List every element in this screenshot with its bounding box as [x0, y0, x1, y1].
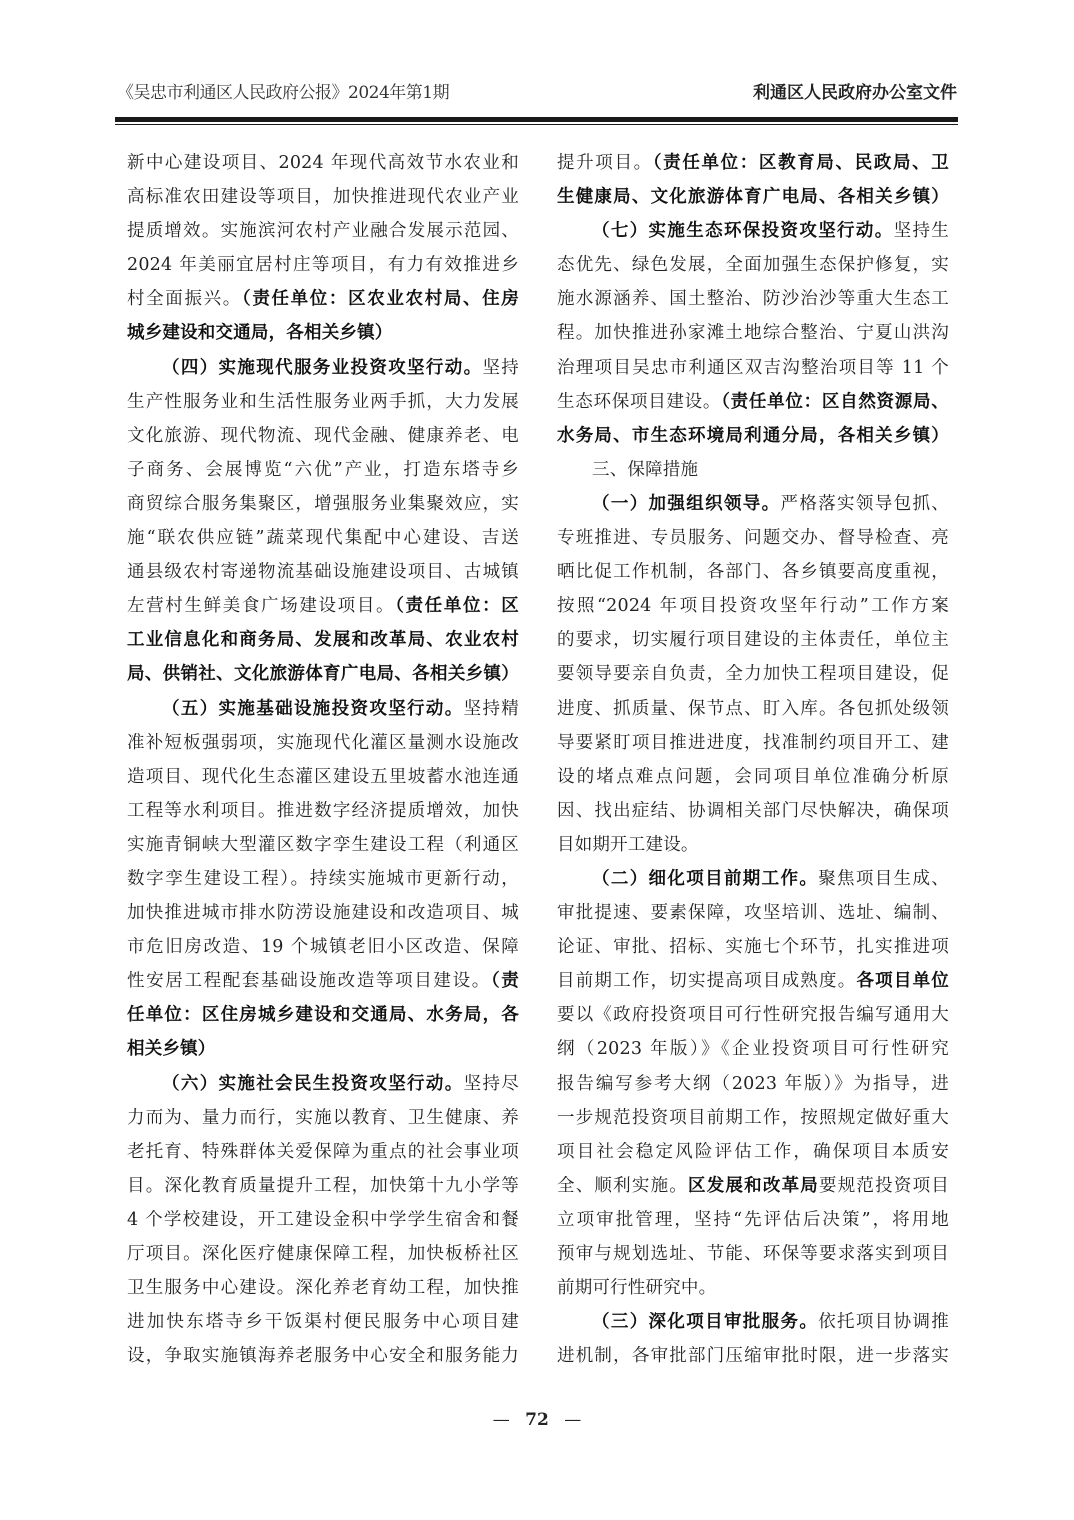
text-line: 文化旅游、现代物流、现代金融、健康养老、电	[127, 419, 519, 453]
text-line: （五）实施基础设施投资攻坚行动。坚持精	[127, 692, 519, 726]
body-text: 全、顺利实施。	[557, 1176, 688, 1196]
bold-text: （责任单位：区教育局、民政局、卫	[653, 153, 949, 173]
text-line: 程。加快推进孙家滩土地综合整治、宁夏山洪沟	[557, 316, 949, 350]
text-line: （三）深化项目审批服务。依托项目协调推	[557, 1305, 949, 1339]
text-line: 目如期开工建设。	[557, 828, 949, 862]
text-line: 预审与规划选址、节能、环保等要求落实到项目	[557, 1237, 949, 1271]
text-line: 目前期工作，切实提高项目成熟度。各项目单位	[557, 964, 949, 998]
body-text: 村全面振兴。	[127, 289, 242, 309]
text-line: 立项审批管理，坚持“先评估后决策”，将用地	[557, 1203, 949, 1237]
body-text: 程。加快推进孙家滩土地综合整治、宁夏山洪沟	[557, 323, 949, 343]
text-line: 力而为、量力而行，实施以教育、卫生健康、养	[127, 1101, 519, 1135]
text-line: 生健康局、文化旅游体育广电局、各相关乡镇）	[557, 180, 949, 214]
body-text: 论证、审批、招标、实施七个环节，扎实推进项	[557, 937, 949, 957]
body-text: 立项审批管理，坚持“先评估后决策”，将用地	[557, 1210, 949, 1230]
text-line: 造项目、现代化生态灌区建设五里坡蓄水池连通	[127, 760, 519, 794]
body-text: 进加快东塔寺乡干饭渠村便民服务中心项目建	[127, 1312, 519, 1332]
text-line: 设，争取实施镇海养老服务中心安全和服务能力	[127, 1339, 519, 1373]
text-line: 专班推进、专员服务、问题交办、督导检查、亮	[557, 521, 949, 555]
text-line: 商贸综合服务集聚区，增强服务业集聚效应，实	[127, 487, 519, 521]
body-text: 坚持生	[894, 221, 949, 241]
document-source: 利通区人民政府办公室文件	[753, 78, 957, 103]
text-line: 晒比促工作机制，各部门、各乡镇要高度重视，	[557, 555, 949, 589]
body-text: 老托育、特殊群体关爱保障为重点的社会事业项	[127, 1142, 519, 1162]
body-text: 子商务、会展博览“六优”产业，打造东塔寺乡	[127, 460, 519, 480]
text-line: 子商务、会展博览“六优”产业，打造东塔寺乡	[127, 453, 519, 487]
text-line: 进加快东塔寺乡干饭渠村便民服务中心项目建	[127, 1305, 519, 1339]
header-rule-thick	[115, 117, 958, 122]
text-line: 进度、抓质量、保节点、盯入库。各包抓处级领	[557, 692, 949, 726]
running-header: 《吴忠市利通区人民政府公报》2024年第1期 利通区人民政府办公室文件	[117, 78, 957, 108]
bold-text: （六）实施社会民生投资攻坚行动。	[162, 1074, 464, 1094]
body-text: 纲（2023 年版）》《企业投资项目可行性研究	[557, 1039, 949, 1059]
text-line: 水务局、市生态环境局利通分局，各相关乡镇）	[557, 419, 949, 453]
bold-text: （责任单位：区农业农村局、住房	[242, 289, 519, 309]
body-text: 要规范投资项目	[819, 1176, 949, 1196]
bold-text: （责	[491, 971, 519, 991]
text-line: 加快推进城市排水防涝设施建设和改造项目、城	[127, 896, 519, 930]
text-line: 治理项目吴忠市利通区双吉沟整治项目等 11 个	[557, 351, 949, 385]
text-line: 提升项目。（责任单位：区教育局、民政局、卫	[557, 146, 949, 180]
text-line: 因、找出症结、协调相关部门尽快解决，确保项	[557, 794, 949, 828]
body-text: 坚持精	[464, 699, 519, 719]
body-text: 项目社会稳定风险评估工作，确保项目本质安	[557, 1142, 949, 1162]
body-text: 三、保障措施	[592, 460, 698, 480]
body-text: 目如期开工建设。	[557, 835, 699, 855]
text-line: 论证、审批、招标、实施七个环节，扎实推进项	[557, 930, 949, 964]
text-line: 高标准农田建设等项目，加快推进现代农业产业	[127, 180, 519, 214]
body-text: 实施青铜峡大型灌区数字孪生建设工程（利通区	[127, 835, 519, 855]
body-text: 高标准农田建设等项目，加快推进现代农业产业	[127, 187, 519, 207]
text-line: 生产性服务业和生活性服务业两手抓，大力发展	[127, 385, 519, 419]
body-text: 2024 年美丽宜居村庄等项目，有力有效推进乡	[127, 255, 519, 275]
bold-text: 城乡建设和交通局，各相关乡镇）	[127, 323, 393, 343]
body-text: 4 个学校建设，开工建设金积中学学生宿舍和餐	[127, 1210, 519, 1230]
text-line: 设的堵点难点问题，会同项目单位准确分析原	[557, 760, 949, 794]
body-text: 依托项目协调推	[818, 1312, 949, 1332]
body-text: 新中心建设项目、2024 年现代高效节水农业和	[127, 153, 519, 173]
body-text: 聚焦项目生成、	[818, 869, 949, 889]
page-number: 72	[515, 1410, 559, 1430]
text-line: 施“联农供应链”蔬菜现代集配中心建设、吉送	[127, 521, 519, 555]
body-text: 目前期工作，切实提高项目成熟度。	[557, 971, 856, 991]
body-text: 报告编写参考大纲（2023 年版）》为指导，进	[557, 1074, 949, 1094]
body-text: 治理项目吴忠市利通区双吉沟整治项目等 11 个	[557, 358, 949, 378]
body-text: 前期可行性研究中。	[557, 1278, 716, 1298]
body-text: 因、找出症结、协调相关部门尽快解决，确保项	[557, 801, 949, 821]
text-line: 卫生服务中心建设。深化养老育幼工程，加快推	[127, 1271, 519, 1305]
bold-text: 区发展和改革局	[688, 1176, 819, 1196]
body-text: 严格落实领导包抓、	[781, 494, 950, 514]
text-line: 数字孪生建设工程）。持续实施城市更新行动，	[127, 862, 519, 896]
text-line: 准补短板强弱项，实施现代化灌区量测水设施改	[127, 726, 519, 760]
bold-text: （责任单位：区	[395, 596, 519, 616]
text-line: 实施青铜峡大型灌区数字孪生建设工程（利通区	[127, 828, 519, 862]
body-text: 要领导要亲自负责，全力加快工程项目建设，促	[557, 664, 949, 684]
page-footer: — 72 —	[0, 1410, 1074, 1430]
text-line: 工业信息化和商务局、发展和改革局、农业农村	[127, 623, 519, 657]
text-line: 三、保障措施	[557, 453, 949, 487]
body-text: 生产性服务业和生活性服务业两手抓，大力发展	[127, 392, 519, 412]
text-line: （六）实施社会民生投资攻坚行动。坚持尽	[127, 1067, 519, 1101]
bold-text: 生健康局、文化旅游体育广电局、各相关乡镇）	[557, 187, 949, 207]
text-line: （二）细化项目前期工作。聚焦项目生成、	[557, 862, 949, 896]
bold-text: （一）加强组织领导。	[592, 494, 781, 514]
bold-text: 工业信息化和商务局、发展和改革局、农业农村	[127, 630, 519, 650]
text-line: 生态环保项目建设。（责任单位：区自然资源局、	[557, 385, 949, 419]
body-text: 施水源涵养、国土整治、防沙治沙等重大生态工	[557, 289, 949, 309]
body-text: 导要紧盯项目推进进度，找准制约项目开工、建	[557, 733, 949, 753]
body-text: 造项目、现代化生态灌区建设五里坡蓄水池连通	[127, 767, 519, 787]
body-text: 的要求，切实履行项目建设的主体责任，单位主	[557, 630, 949, 650]
body-text: 文化旅游、现代物流、现代金融、健康养老、电	[127, 426, 519, 446]
body-text: 坚持尽	[464, 1074, 519, 1094]
body-text: 设的堵点难点问题，会同项目单位准确分析原	[557, 767, 949, 787]
body-text: 审批提速、要素保障，攻坚培训、选址、编制、	[557, 903, 949, 923]
bold-text: 局、供销社、文化旅游体育广电局、各相关乡镇）	[127, 664, 519, 684]
body-text: 晒比促工作机制，各部门、各乡镇要高度重视，	[557, 562, 949, 582]
text-line: 进机制，各审批部门压缩审批时限，进一步落实	[557, 1339, 949, 1373]
text-line: （四）实施现代服务业投资攻坚行动。坚持	[127, 351, 519, 385]
text-line: 的要求，切实履行项目建设的主体责任，单位主	[557, 623, 949, 657]
text-line: 市危旧房改造、19 个城镇老旧小区改造、保障	[127, 930, 519, 964]
body-text: 坚持	[482, 358, 519, 378]
bold-text: （五）实施基础设施投资攻坚行动。	[162, 699, 464, 719]
bold-text: （责任单位：区自然资源局、	[721, 392, 949, 412]
body-text: 专班推进、专员服务、问题交办、督导检查、亮	[557, 528, 949, 548]
body-text: 市危旧房改造、19 个城镇老旧小区改造、保障	[127, 937, 519, 957]
body-text: 准补短板强弱项，实施现代化灌区量测水设施改	[127, 733, 519, 753]
text-line: 目。深化教育质量提升工程，加快第十九小学等	[127, 1169, 519, 1203]
text-line: 工程等水利项目。推进数字经济提质增效，加快	[127, 794, 519, 828]
body-text: 施“联农供应链”蔬菜现代集配中心建设、吉送	[127, 528, 519, 548]
body-text: 设，争取实施镇海养老服务中心安全和服务能力	[127, 1346, 519, 1366]
bold-text: 任单位：区住房城乡建设和交通局、水务局，各	[127, 1005, 519, 1025]
text-line: 前期可行性研究中。	[557, 1271, 949, 1305]
text-line: （一）加强组织领导。严格落实领导包抓、	[557, 487, 949, 521]
bold-text: 各项目单位	[856, 971, 949, 991]
body-text: 进度、抓质量、保节点、盯入库。各包抓处级领	[557, 699, 949, 719]
body-text: 提升项目。	[557, 153, 653, 173]
text-line: 局、供销社、文化旅游体育广电局、各相关乡镇）	[127, 657, 519, 691]
body-text: 厅项目。深化医疗健康保障工程，加快板桥社区	[127, 1244, 519, 1264]
body-text: 目。深化教育质量提升工程，加快第十九小学等	[127, 1176, 519, 1196]
body-text: 生态环保项目建设。	[557, 392, 721, 412]
body-text: 性安居工程配套基础设施改造等项目建设。	[127, 971, 491, 991]
body-text: 工程等水利项目。推进数字经济提质增效，加快	[127, 801, 519, 821]
bold-text: （四）实施现代服务业投资攻坚行动。	[162, 358, 482, 378]
text-line: 按照“2024 年项目投资攻坚年行动”工作方案	[557, 589, 949, 623]
text-line: 纲（2023 年版）》《企业投资项目可行性研究	[557, 1032, 949, 1066]
text-line: 通县级农村寄递物流基础设施建设项目、古城镇	[127, 555, 519, 589]
body-text: 力而为、量力而行，实施以教育、卫生健康、养	[127, 1108, 519, 1128]
body-text: 卫生服务中心建设。深化养老育幼工程，加快推	[127, 1278, 519, 1298]
text-line: 村全面振兴。（责任单位：区农业农村局、住房	[127, 282, 519, 316]
text-line: 一步规范投资项目前期工作，按照规定做好重大	[557, 1101, 949, 1135]
body-text: 左营村生鲜美食广场建设项目。	[127, 596, 395, 616]
text-line: 提质增效。实施滨河农村产业融合发展示范园、	[127, 214, 519, 248]
text-line: 城乡建设和交通局，各相关乡镇）	[127, 316, 519, 350]
text-line: 项目社会稳定风险评估工作，确保项目本质安	[557, 1135, 949, 1169]
body-text: 按照“2024 年项目投资攻坚年行动”工作方案	[557, 596, 949, 616]
body-text: 进机制，各审批部门压缩审批时限，进一步落实	[557, 1346, 949, 1366]
text-line: 要领导要亲自负责，全力加快工程项目建设，促	[557, 657, 949, 691]
right-column: 提升项目。（责任单位：区教育局、民政局、卫生健康局、文化旅游体育广电局、各相关乡…	[557, 146, 949, 1373]
bold-text: （三）深化项目审批服务。	[592, 1312, 818, 1332]
text-line: 新中心建设项目、2024 年现代高效节水农业和	[127, 146, 519, 180]
text-line: 任单位：区住房城乡建设和交通局、水务局，各	[127, 998, 519, 1032]
left-column: 新中心建设项目、2024 年现代高效节水农业和高标准农田建设等项目，加快推进现代…	[127, 146, 519, 1373]
bold-text: （七）实施生态环保投资攻坚行动。	[592, 221, 894, 241]
text-line: 报告编写参考大纲（2023 年版）》为指导，进	[557, 1067, 949, 1101]
body-text: 数字孪生建设工程）。持续实施城市更新行动，	[127, 869, 519, 889]
bold-text: 相关乡镇）	[127, 1039, 216, 1059]
text-line: 相关乡镇）	[127, 1032, 519, 1066]
dash-right: —	[564, 1410, 581, 1430]
text-line: 要以《政府投资项目可行性研究报告编写通用大	[557, 998, 949, 1032]
text-line: 性安居工程配套基础设施改造等项目建设。（责	[127, 964, 519, 998]
text-line: 全、顺利实施。区发展和改革局要规范投资项目	[557, 1169, 949, 1203]
body-text: 预审与规划选址、节能、环保等要求落实到项目	[557, 1244, 949, 1264]
text-line: 审批提速、要素保障，攻坚培训、选址、编制、	[557, 896, 949, 930]
text-line: 4 个学校建设，开工建设金积中学学生宿舍和餐	[127, 1203, 519, 1237]
body-text: 一步规范投资项目前期工作，按照规定做好重大	[557, 1108, 949, 1128]
body-text: 态优先、绿色发展，全面加强生态保护修复，实	[557, 255, 949, 275]
text-line: （七）实施生态环保投资攻坚行动。坚持生	[557, 214, 949, 248]
body-text: 加快推进城市排水防涝设施建设和改造项目、城	[127, 903, 519, 923]
text-line: 导要紧盯项目推进进度，找准制约项目开工、建	[557, 726, 949, 760]
text-line: 态优先、绿色发展，全面加强生态保护修复，实	[557, 248, 949, 282]
text-line: 厅项目。深化医疗健康保障工程，加快板桥社区	[127, 1237, 519, 1271]
body-text: 提质增效。实施滨河农村产业融合发展示范园、	[127, 221, 519, 241]
bold-text: （二）细化项目前期工作。	[592, 869, 818, 889]
dash-left: —	[493, 1410, 510, 1430]
text-line: 老托育、特殊群体关爱保障为重点的社会事业项	[127, 1135, 519, 1169]
text-line: 左营村生鲜美食广场建设项目。（责任单位：区	[127, 589, 519, 623]
body-text: 通县级农村寄递物流基础设施建设项目、古城镇	[127, 562, 519, 582]
text-line: 施水源涵养、国土整治、防沙治沙等重大生态工	[557, 282, 949, 316]
bold-text: 水务局、市生态环境局利通分局，各相关乡镇）	[557, 426, 949, 446]
body-text: 商贸综合服务集聚区，增强服务业集聚效应，实	[127, 494, 519, 514]
publication-title: 《吴忠市利通区人民政府公报》2024年第1期	[117, 78, 449, 103]
header-rule-thin	[115, 124, 958, 125]
text-line: 2024 年美丽宜居村庄等项目，有力有效推进乡	[127, 248, 519, 282]
body-text: 要以《政府投资项目可行性研究报告编写通用大	[557, 1005, 949, 1025]
